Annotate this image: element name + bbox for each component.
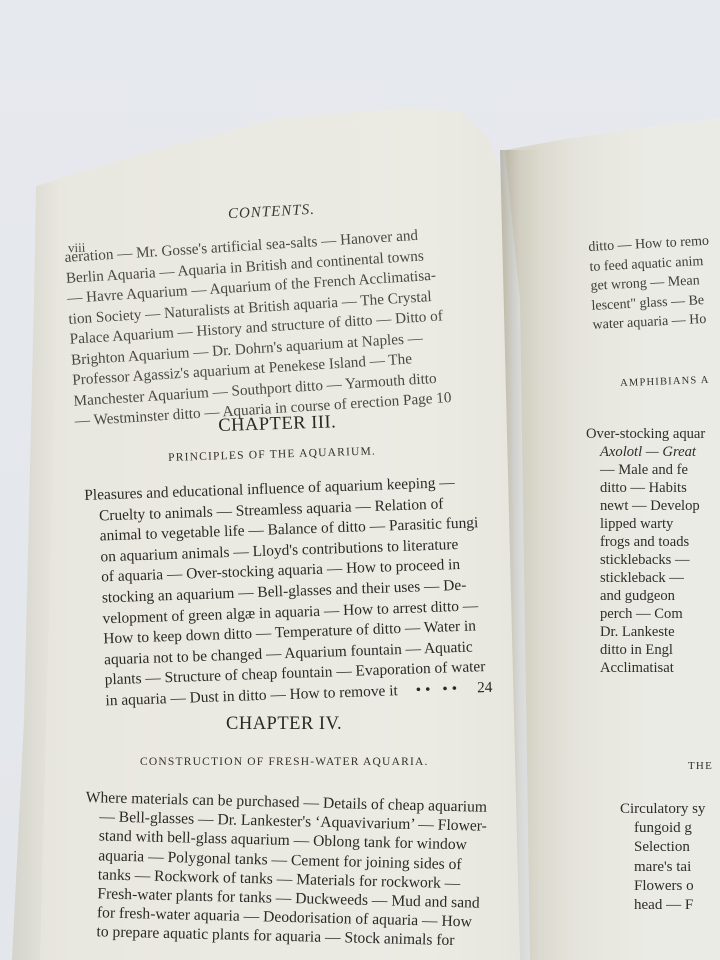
chapter-3-title: CHAPTER III. [218,412,337,437]
text-line: frogs and toads [586,533,705,551]
text-line: Dr. Lankeste [586,623,705,641]
text-line: Selection [620,838,705,857]
text-line: Acclimatisat [586,659,705,677]
text-line: newt — Develop [586,497,705,515]
text-line: Axolotl — Great [586,443,705,461]
text-line: sticklebacks — [586,551,705,569]
chapter-4-title: CHAPTER IV. [226,714,342,735]
text-line: Flowers o [620,877,705,896]
right-section-subtitle-2: THE [688,760,713,772]
text-line: head — F [620,896,705,915]
text-line: stickleback — [586,569,705,587]
text-line: ditto in Engl [586,641,705,659]
contents-continuation: aeration — Mr. Gosse's artificial sea-sa… [64,224,452,432]
right-continuation: ditto — How to remo to feed aquatic anim… [588,232,713,336]
text-line: and gudgeon [586,587,705,605]
chapter-3-summary: Pleasures and educational influence of a… [84,472,493,712]
text-line: Circulatory sy [620,800,705,819]
text-line: lipped warty [586,515,705,533]
text-line: fungoid g [620,819,705,838]
text-line: perch — Com [586,605,705,623]
right-chapter-summary-2: Circulatory sy fungoid g Selection mare'… [620,800,705,915]
page-reference: 24 [477,679,493,697]
text-line: — Male and fe [586,461,705,479]
text-line: mare's tai [620,858,705,877]
chapter-4-summary: Where materials can be purchased — Detai… [82,788,487,951]
right-chapter-summary: Over-stocking aquar Axolotl — Great — Ma… [586,425,705,677]
text-line: ditto — Habits [586,479,705,497]
chapter-4-subtitle: CONSTRUCTION OF FRESH-WATER AQUARIA. [140,756,429,768]
text-line: Over-stocking aquar [586,425,705,443]
leader-dots: •• •• [415,680,461,699]
